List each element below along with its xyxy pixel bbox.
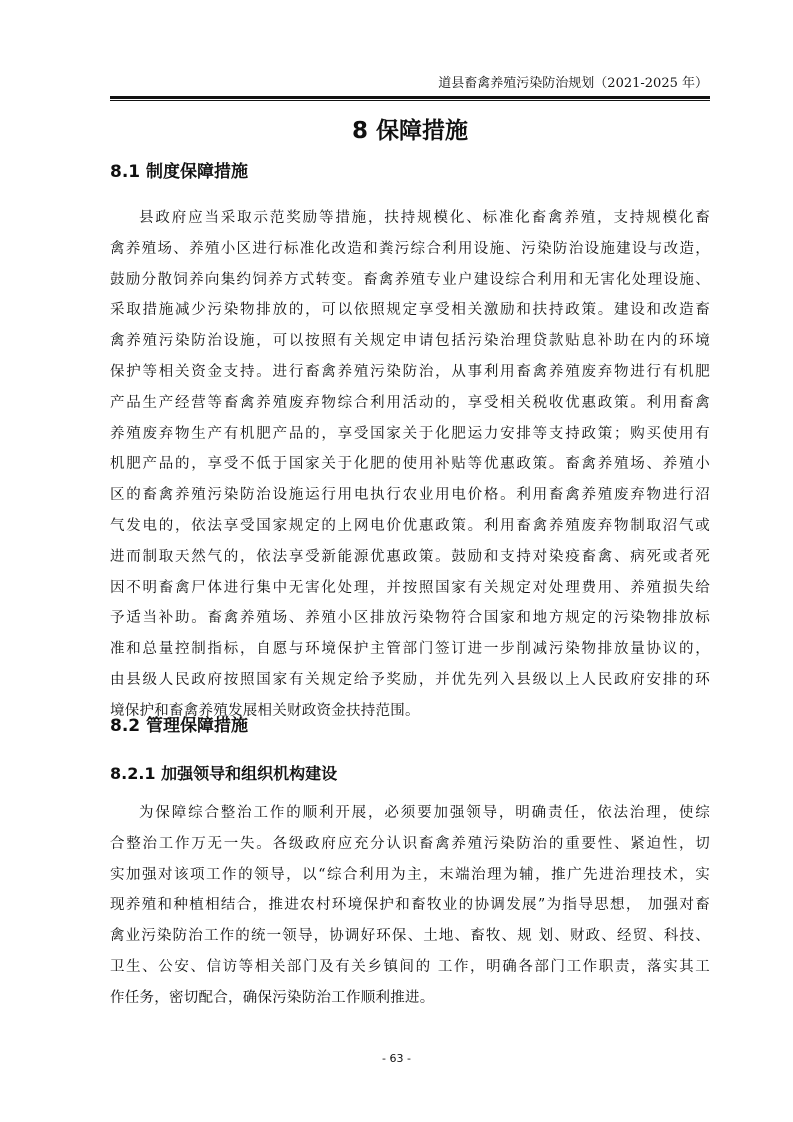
section-heading-8-2: 8.2 管理保障措施 — [110, 714, 248, 738]
section-heading-8-2-1: 8.2.1 加强领导和组织机构建设 — [110, 762, 337, 786]
header-rule-thick — [110, 96, 710, 99]
paragraph-line: 采取措施减少污染物排放的，可以依照规定享受相关激励和扶持政策。建设和改造畜 — [110, 295, 710, 326]
paragraph-line: 作任务，密切配合，确保污染防治工作顺利推进。 — [110, 983, 710, 1014]
paragraph-line: 产品生产经营等畜禽养殖废弃物综合利用活动的，享受相关税收优惠政策。利用畜禽 — [110, 388, 710, 419]
paragraph-line: 保护等相关资金支持。进行畜禽养殖污染防治，从事利用畜禽养殖废弃物进行有机肥 — [110, 357, 710, 388]
section-8-1-paragraph: 县政府应当采取示范奖励等措施，扶持规模化、标准化畜禽养殖，支持规模化畜 禽养殖场… — [110, 203, 710, 727]
paragraph-line: 机肥产品的，享受不低于国家关于化肥的使用补贴等优惠政策。畜禽养殖场、养殖小 — [110, 449, 710, 480]
paragraph-line: 气发电的，依法享受国家规定的上网电价优惠政策。利用畜禽养殖废弃物制取沼气或 — [110, 511, 710, 542]
paragraph-line: 为保障综合整治工作的顺利开展，必须要加强领导，明确责任，依法治理，使综 — [110, 798, 710, 829]
paragraph-line: 进而制取天然气的，依法享受新能源优惠政策。鼓励和支持对染疫畜禽、病死或者死 — [110, 542, 710, 573]
paragraph-line: 禽业污染防治工作的统一领导，协调好环保、土地、畜牧、规 划、财政、经贸、科技、 — [110, 921, 710, 952]
paragraph-line: 合整治工作万无一失。各级政府应充分认识畜禽养殖污染防治的重要性、紧迫性，切 — [110, 829, 710, 860]
chapter-title: 8 保障措施 — [110, 114, 710, 148]
paragraph-line: 区的畜禽养殖污染防治设施运行用电执行农业用电价格。利用畜禽养殖废弃物进行沼 — [110, 480, 710, 511]
paragraph-line: 实加强对该项工作的领导，以“综合利用为主，末端治理为辅，推广先进治理技术，实 — [110, 860, 710, 891]
running-header-title: 道县畜禽养殖污染防治规划（2021-2025 年） — [110, 76, 710, 92]
section-heading-8-1: 8.1 制度保障措施 — [110, 160, 248, 184]
header-rule-thin — [110, 100, 710, 101]
running-header: 道县畜禽养殖污染防治规划（2021-2025 年） — [110, 76, 710, 101]
paragraph-line: 禽养殖污染防治设施，可以按照有关规定申请包括污染治理贷款贴息补助在内的环境 — [110, 326, 710, 357]
paragraph-line: 予适当补助。畜禽养殖场、养殖小区排放污染物符合国家和地方规定的污染物排放标 — [110, 603, 710, 634]
paragraph-line: 因不明畜禽尸体进行集中无害化处理，并按照国家有关规定对处理费用、养殖损失给 — [110, 573, 710, 604]
paragraph-line: 县政府应当采取示范奖励等措施，扶持规模化、标准化畜禽养殖，支持规模化畜 — [110, 203, 710, 234]
paragraph-line: 由县级人民政府按照国家有关规定给予奖励，并优先列入县级以上人民政府安排的环 — [110, 665, 710, 696]
paragraph-line: 现养殖和种植相结合，推进农村环境保护和畜牧业的协调发展”为指导思想， 加强对畜 — [110, 890, 710, 921]
section-8-2-1-paragraph: 为保障综合整治工作的顺利开展，必须要加强领导，明确责任，依法治理，使综 合整治工… — [110, 798, 710, 1014]
paragraph-line: 卫生、公安、信访等相关部门及有关乡镇间的 工作，明确各部门工作职责，落实其工 — [110, 952, 710, 983]
paragraph-line: 养殖废弃物生产有机肥产品的，享受国家关于化肥运力安排等支持政策；购买使用有 — [110, 419, 710, 450]
paragraph-line: 鼓励分散饲养向集约饲养方式转变。畜禽养殖专业户建设综合利用和无害化处理设施、 — [110, 265, 710, 296]
paragraph-line: 准和总量控制指标，自愿与环境保护主管部门签订进一步削减污染物排放量协议的， — [110, 634, 710, 665]
paragraph-line: 禽养殖场、养殖小区进行标准化改造和粪污综合利用设施、污染防治设施建设与改造， — [110, 234, 710, 265]
page-number: - 63 - — [0, 1052, 793, 1065]
